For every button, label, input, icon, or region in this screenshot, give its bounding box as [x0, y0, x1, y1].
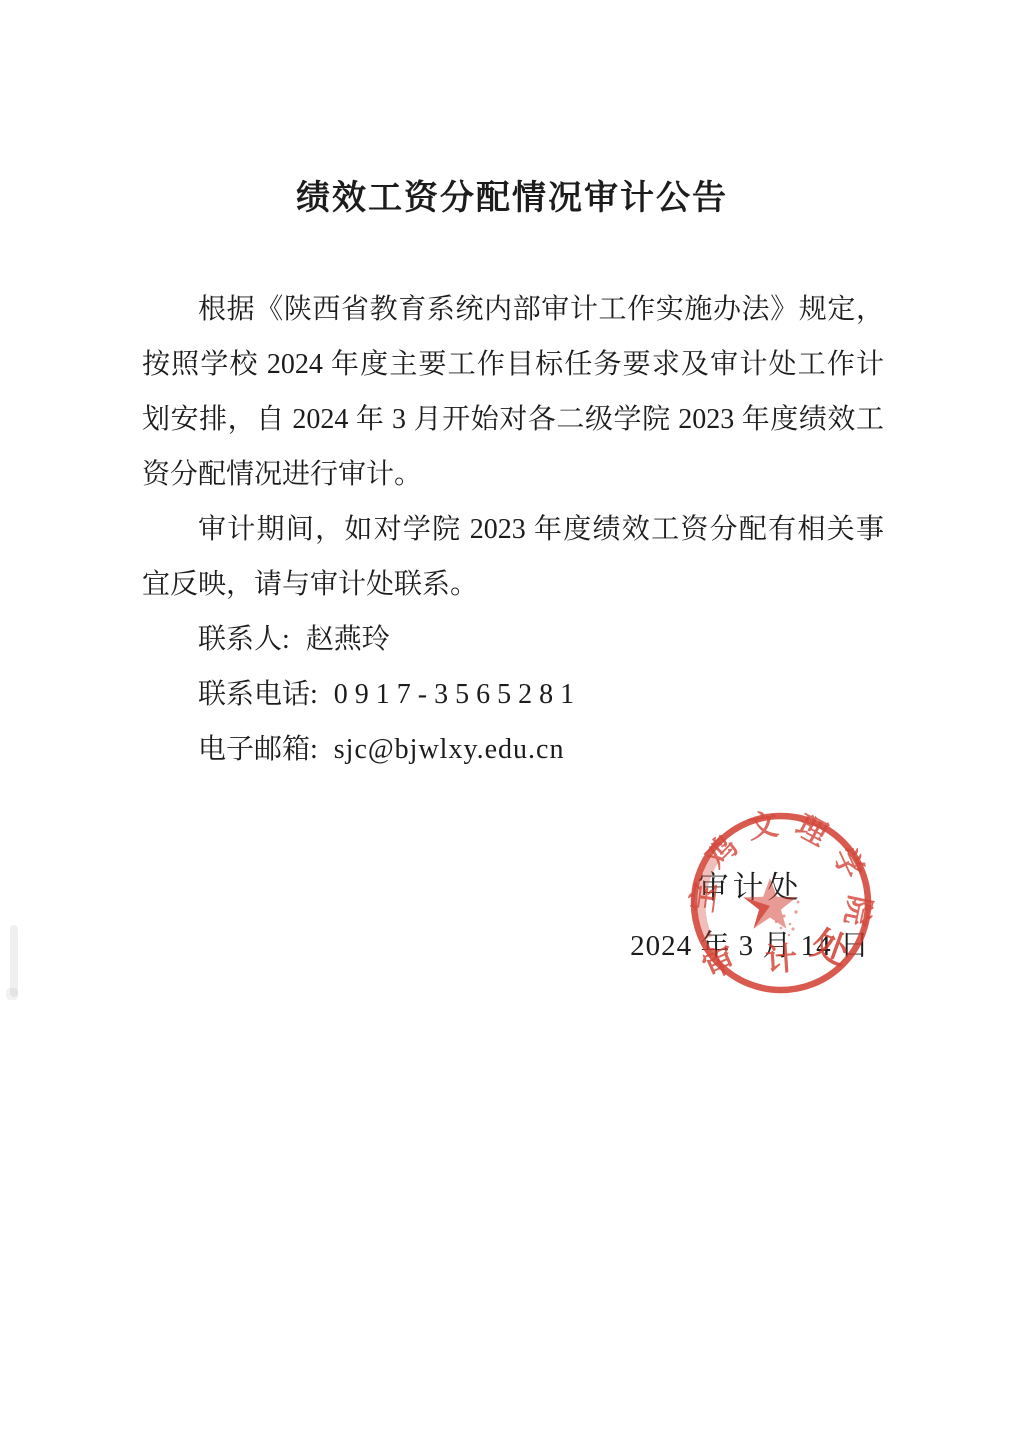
contact-phone-line: 联系电话:0917-3565281: [142, 667, 884, 722]
contact-phone-value: 0917-3565281: [334, 679, 581, 710]
document-title: 绩效工资分配情况审计公告: [0, 170, 1024, 219]
contact-block: 联系人:赵燕玲 联系电话:0917-3565281 电子邮箱:sjc@bjwlx…: [142, 612, 884, 777]
contact-person-value: 赵燕玲: [306, 624, 390, 655]
paragraph-1-line-1: 根据《陕西省教育系统内部审计工作实施办法》规定，: [142, 282, 884, 337]
contact-email-label: 电子邮箱:: [198, 734, 318, 765]
scan-artifact: [6, 988, 18, 1000]
paragraph-1-line-3: 划安排，自 2024 年 3 月开始对各二级学院 2023 年度绩效工: [142, 392, 884, 447]
document-body: 根据《陕西省教育系统内部审计工作实施办法》规定， 按照学校 2024 年度主要工…: [142, 282, 884, 777]
paragraph-2: 审计期间，如对学院 2023 年度绩效工资分配有相关事 宜反映，请与审计处联系。: [142, 502, 884, 612]
paragraph-1-line-4: 资分配情况进行审计。: [142, 447, 884, 502]
seal-bottom-char-2: 计: [764, 940, 798, 978]
contact-person-label: 联系人:: [198, 624, 290, 655]
scan-artifact: [10, 925, 18, 997]
contact-email-value: sjc@bjwlxy.edu.cn: [334, 734, 565, 765]
official-seal: 宝鸡文理学院 审 计 处: [686, 808, 876, 998]
paragraph-1-line-2: 按照学校 2024 年度主要工作目标任务要求及审计处工作计: [142, 337, 884, 392]
paragraph-1: 根据《陕西省教育系统内部审计工作实施办法》规定， 按照学校 2024 年度主要工…: [142, 282, 884, 502]
paragraph-2-line-2: 宜反映，请与审计处联系。: [142, 557, 884, 612]
document-page: 绩效工资分配情况审计公告 根据《陕西省教育系统内部审计工作实施办法》规定， 按照…: [0, 0, 1024, 1438]
contact-person-line: 联系人:赵燕玲: [142, 612, 884, 667]
contact-email-line: 电子邮箱:sjc@bjwlxy.edu.cn: [142, 722, 884, 777]
contact-phone-label: 联系电话:: [198, 679, 318, 710]
paragraph-2-line-1: 审计期间，如对学院 2023 年度绩效工资分配有相关事: [142, 502, 884, 557]
